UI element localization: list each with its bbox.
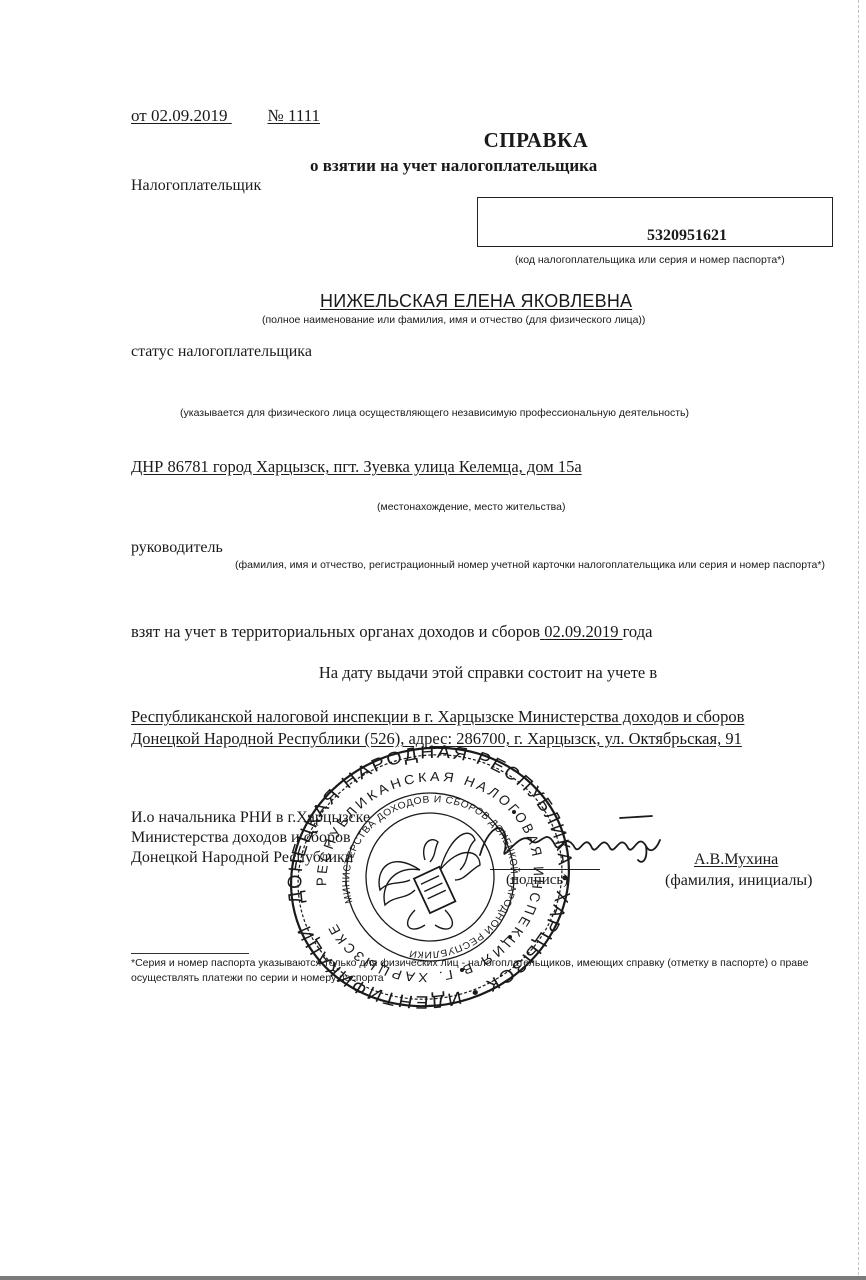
registration-suffix: года [623, 622, 653, 641]
taxpayer-address-caption: (местонахождение, место жительства) [377, 501, 565, 513]
document-subtitle: о взятии на учет налогоплательщика [310, 156, 597, 176]
footnote-rule [131, 953, 249, 954]
taxpayer-label: Налогоплательщик [131, 177, 261, 195]
signer-name: А.В.Мухина [694, 851, 778, 869]
on-date-statement: На дату выдачи этой справки состоит на у… [0, 663, 866, 683]
taxpayer-address: ДНР 86781 город Харцызск, пгт. Зуевка ул… [131, 457, 582, 477]
taxpayer-full-name: НИЖЕЛЬСКАЯ ЕЛЕНА ЯКОВЛЕВНА [320, 291, 632, 312]
document-date: 02.09.2019 [151, 106, 228, 125]
eagle-emblem-icon [379, 833, 480, 929]
document-title: СПРАВКА [0, 128, 866, 153]
document-date-number: от 02.09.2019 № 1111 [131, 106, 320, 126]
taxpayer-status-label: статус налогоплательщика [131, 343, 312, 361]
manager-label: руководитель [131, 539, 223, 557]
scan-edge-right [858, 0, 859, 1280]
registration-prefix: взят на учет в территориальных органах д… [131, 622, 540, 641]
official-stamp: ДОНЕЦКАЯ НАРОДНАЯ РЕСПУБЛИКА • ХАРЦЫЗСК … [282, 742, 578, 1012]
scan-bottom-edge [0, 1276, 866, 1280]
document-number: 1111 [288, 106, 320, 125]
taxpayer-status-caption: (указывается для физического лица осущес… [180, 407, 689, 419]
manager-caption: (фамилия, имя и отчество, регистрационны… [230, 558, 830, 573]
registration-date: 02.09.2019 [544, 622, 618, 641]
signer-name-caption: (фамилия, инициалы) [665, 872, 813, 890]
number-prefix: № [267, 106, 283, 125]
taxpayer-code-caption: (код налогоплательщика или серия и номер… [515, 254, 785, 266]
taxpayer-code: 5320951621 [477, 227, 866, 245]
tax-inspection-line-1: Республиканской налоговой инспекции в г.… [131, 706, 744, 728]
registration-statement: взят на учет в территориальных органах д… [131, 622, 652, 642]
date-prefix: от [131, 106, 147, 125]
taxpayer-name-caption: (полное наименование или фамилия, имя и … [262, 314, 645, 326]
